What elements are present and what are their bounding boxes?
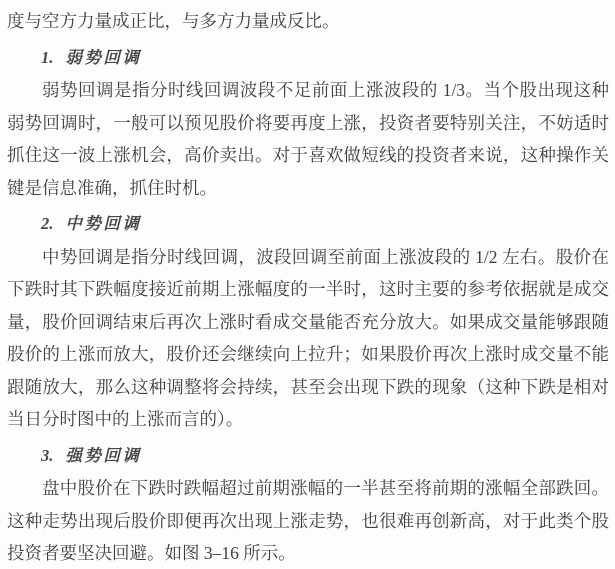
section-3-number: 3. [41,446,53,465]
section-heading-1: 1.弱势回调 [7,42,609,75]
section-1-body-paragraph: 弱势回调是指分时线回调波段不足前面上涨波段的 1/3。当个股出现这种弱势回调时，… [7,74,609,204]
section-2-number: 2. [41,214,53,233]
section-2-title: 中势回调 [65,214,141,233]
intro-continuation-paragraph: 度与空方力量成正比，与多方力量成反比。 [7,5,609,38]
section-1-title: 弱势回调 [65,48,141,67]
section-heading-3: 3.强势回调 [7,440,609,473]
section-3-title: 强势回调 [65,446,141,465]
section-2-body-paragraph: 中势回调是指分时线回调，波段回调至前面上涨波段的 1/2 左右。股价在下跌时其下… [7,241,609,436]
section-heading-2: 2.中势回调 [7,208,609,241]
section-1-number: 1. [41,48,53,67]
section-3-body-paragraph: 盘中股价在下跌时跌幅超过前期涨幅的一半甚至将前期的涨幅全部跌回。这种走势出现后股… [7,472,609,569]
document-page: 度与空方力量成正比，与多方力量成反比。 1.弱势回调 弱势回调是指分时线回调波段… [0,0,615,569]
